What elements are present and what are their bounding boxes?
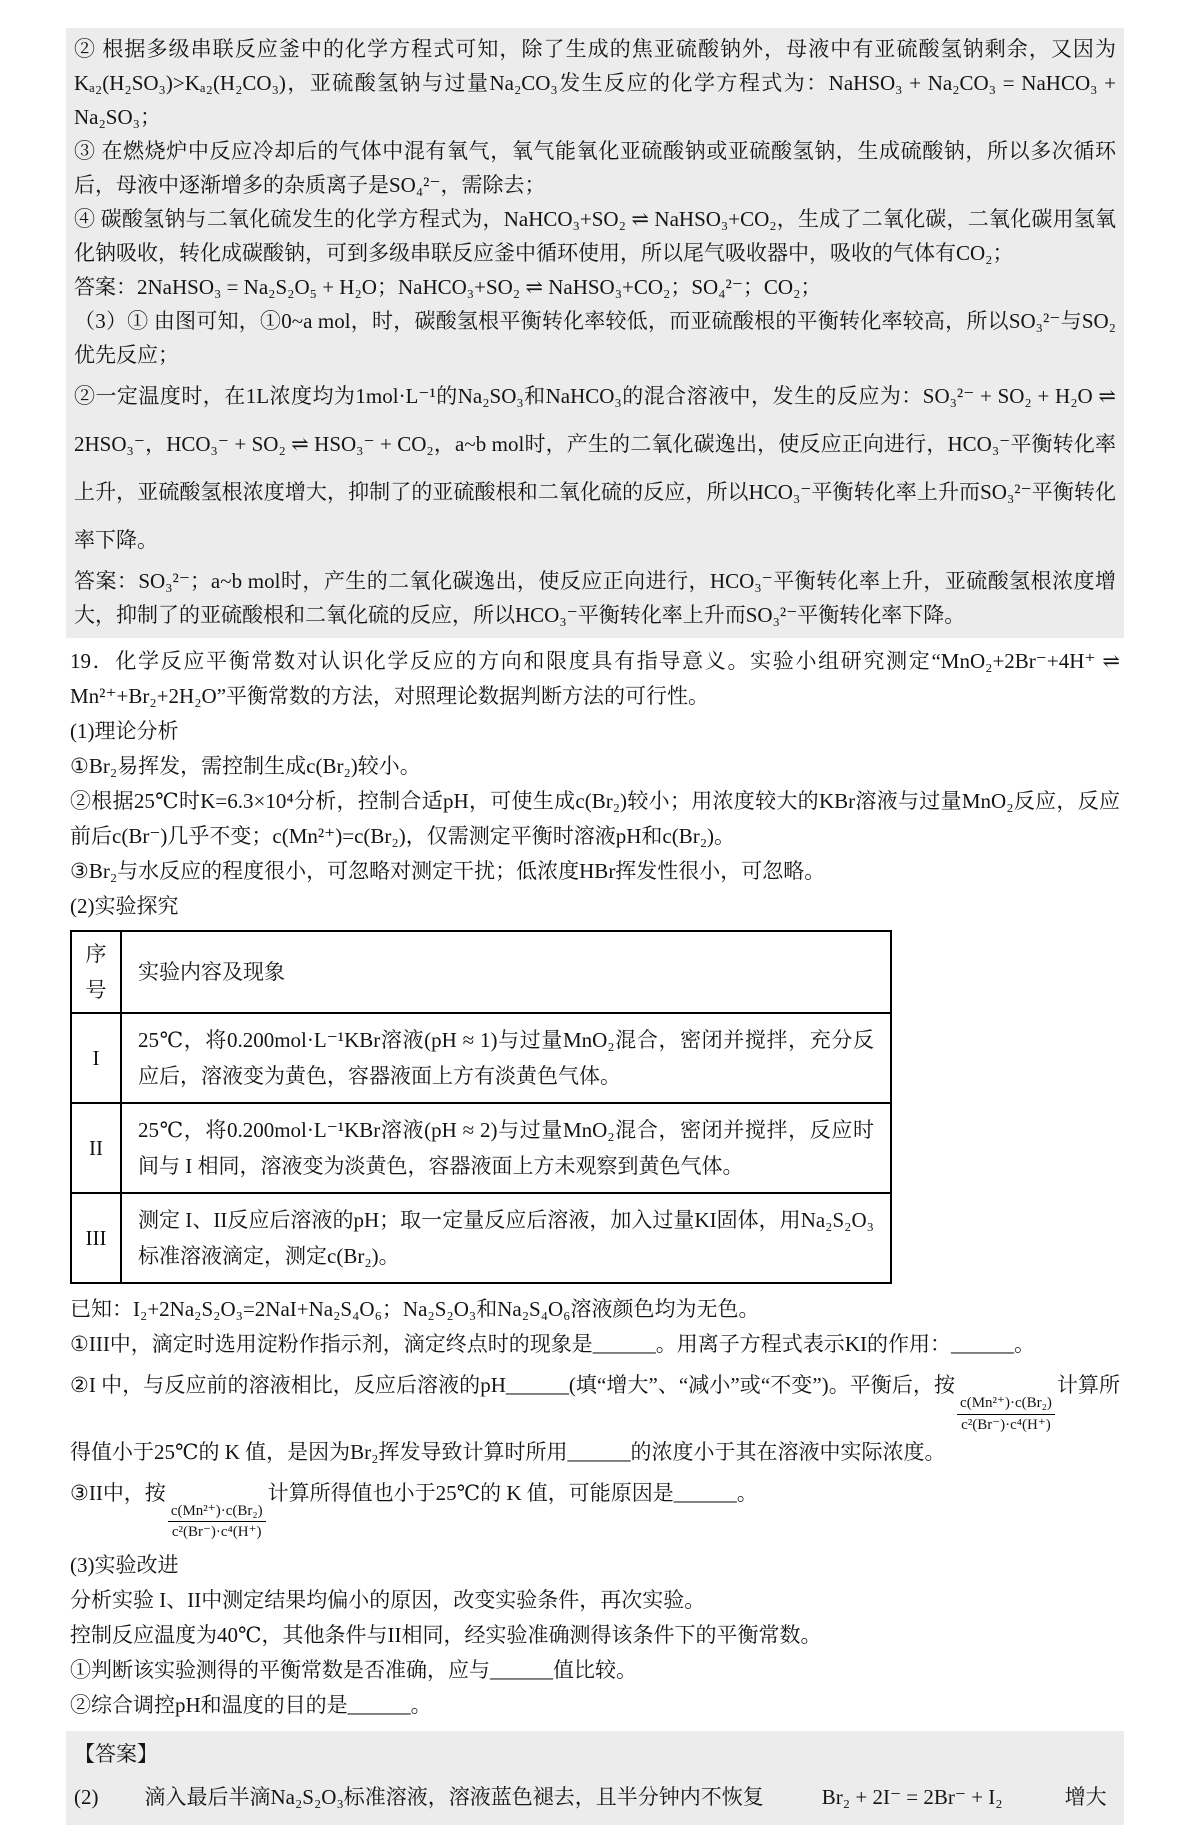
part3-title: (3)实验改进 — [70, 1548, 1120, 1583]
theory-item-1: ①Br₂易挥发，需控制生成c(Br₂)较小。 — [70, 749, 1120, 784]
row-content-2: 25℃，将0.200mol·L⁻¹KBr溶液(pH ≈ 2)与过量MnO₂混合，… — [121, 1103, 891, 1193]
answer-trend: 增大 — [1065, 1779, 1107, 1815]
improve-item-1: ①判断该实验测得的平衡常数是否准确，应与______值比较。 — [70, 1653, 1120, 1688]
theory-item-2: ②根据25℃时K=6.3×10⁴分析，控制合适pH，可使生成c(Br₂)较小；用… — [70, 784, 1120, 854]
sub-question-3-before: ③II中，按 — [70, 1481, 166, 1505]
table-row: II 25℃，将0.200mol·L⁻¹KBr溶液(pH ≈ 2)与过量MnO₂… — [71, 1103, 891, 1193]
explanation-part3-item1: （3）① 由图可知，①0~a mol，时，碳酸氢根平衡转化率较低，而亚硫酸根的平… — [74, 304, 1116, 372]
k-expression-fraction: c(Mn²⁺)·c(Br₂)c²(Br⁻)·c⁴(H⁺) — [957, 1394, 1055, 1435]
fraction-numerator: c(Mn²⁺)·c(Br₂) — [168, 1502, 266, 1523]
question-19-intro: 19．化学反应平衡常数对认识化学反应的方向和限度具有指导意义。实验小组研究测定“… — [70, 644, 1120, 714]
sub-question-3: ③II中，按c(Mn²⁺)·c(Br₂)c²(Br⁻)·c⁴(H⁺)计算所得值也… — [70, 1476, 1120, 1543]
row-label-3: III — [71, 1193, 121, 1283]
fraction-denominator: c²(Br⁻)·c⁴(H⁺) — [961, 1415, 1051, 1435]
answer-number: (2) — [74, 1779, 99, 1815]
row-content-1: 25℃，将0.200mol·L⁻¹KBr溶液(pH ≈ 1)与过量MnO₂混合，… — [121, 1013, 891, 1103]
table-row: III 测定 I、II反应后溶液的pH；取一定量反应后溶液，加入过量KI固体，用… — [71, 1193, 891, 1283]
answer-equation: Br₂ + 2I⁻ = 2Br⁻ + I₂ — [822, 1779, 1003, 1815]
answer-phenomenon: 滴入最后半滴Na₂S₂O₃标准溶液，溶液蓝色褪去，且半分钟内不恢复 — [145, 1779, 764, 1815]
explanation-part3-item2: ②一定温度时，在1L浓度均为1mol·L⁻¹的Na₂SO₃和NaHCO₃的混合溶… — [74, 372, 1116, 564]
answer-explanation-block: ② 根据多级串联反应釜中的化学方程式可知，除了生成的焦亚硫酸钠外，母液中有亚硫酸… — [66, 28, 1124, 638]
question-19-section: 19．化学反应平衡常数对认识化学反应的方向和限度具有指导意义。实验小组研究测定“… — [66, 638, 1124, 1727]
experiment-table-header-row: 序号 实验内容及现象 — [71, 931, 891, 1013]
improve-line-1: 分析实验 I、II中测定结果均偏小的原因，改变实验条件，再次实验。 — [70, 1583, 1120, 1618]
table-row: I 25℃，将0.200mol·L⁻¹KBr溶液(pH ≈ 1)与过量MnO₂混… — [71, 1013, 891, 1103]
row-content-3: 测定 I、II反应后溶液的pH；取一定量反应后溶液，加入过量KI固体，用Na₂S… — [121, 1193, 891, 1283]
experiment-table: 序号 实验内容及现象 I 25℃，将0.200mol·L⁻¹KBr溶液(pH ≈… — [70, 930, 892, 1284]
k-expression-fraction: c(Mn²⁺)·c(Br₂)c²(Br⁻)·c⁴(H⁺) — [168, 1502, 266, 1543]
part1-title: (1)理论分析 — [70, 714, 1120, 749]
known-info: 已知：I₂+2Na₂S₂O₃=2NaI+Na₂S₄O₆；Na₂S₂O₃和Na₂S… — [70, 1292, 1120, 1327]
improve-line-2: 控制反应温度为40℃，其他条件与II相同，经实验准确测得该条件下的平衡常数。 — [70, 1618, 1120, 1653]
row-label-1: I — [71, 1013, 121, 1103]
row-label-2: II — [71, 1103, 121, 1193]
part2-title: (2)实验探究 — [70, 889, 1120, 924]
sub-question-1: ①III中，滴定时选用淀粉作指示剂，滴定终点时的现象是______。用离子方程式… — [70, 1327, 1120, 1362]
explanation-paragraph-3: ③ 在燃烧炉中反应冷却后的气体中混有氧气，氧气能氧化亚硫酸钠或亚硫酸氢钠，生成硫… — [74, 134, 1116, 202]
answer-block: 【答案】 (2) 滴入最后半滴Na₂S₂O₃标准溶液，溶液蓝色褪去，且半分钟内不… — [66, 1731, 1124, 1825]
fraction-numerator: c(Mn²⁺)·c(Br₂) — [957, 1394, 1055, 1415]
answer-row: (2) 滴入最后半滴Na₂S₂O₃标准溶液，溶液蓝色褪去，且半分钟内不恢复 Br… — [74, 1779, 1116, 1815]
answer-header: 【答案】 — [74, 1737, 1116, 1771]
sub-question-3-after: 计算所得值也小于25℃的 K 值，可能原因是______。 — [268, 1481, 758, 1505]
document-page: ② 根据多级串联反应釜中的化学方程式可知，除了生成的焦亚硫酸钠外，母液中有亚硫酸… — [0, 0, 1190, 1845]
header-cell-number: 序号 — [71, 931, 121, 1013]
header-cell-content: 实验内容及现象 — [121, 931, 891, 1013]
theory-item-3: ③Br₂与水反应的程度很小，可忽略对测定干扰；低浓度HBr挥发性很小，可忽略。 — [70, 854, 1120, 889]
improve-item-2: ②综合调控pH和温度的目的是______。 — [70, 1688, 1120, 1723]
sub-question-2: ②I 中，与反应前的溶液相比，反应后溶液的pH______(填“增大”、“减小”… — [70, 1368, 1120, 1470]
fraction-denominator: c²(Br⁻)·c⁴(H⁺) — [172, 1522, 262, 1542]
explanation-answer-line: 答案：2NaHSO₃ = Na₂S₂O₅ + H₂O；NaHCO₃+SO₂ ⇌ … — [74, 270, 1116, 304]
explanation-paragraph-4: ④ 碳酸氢钠与二氧化硫发生的化学方程式为，NaHCO₃+SO₂ ⇌ NaHSO₃… — [74, 202, 1116, 270]
explanation-paragraph-2: ② 根据多级串联反应釜中的化学方程式可知，除了生成的焦亚硫酸钠外，母液中有亚硫酸… — [74, 32, 1116, 134]
explanation-part3-answer: 答案：SO₃²⁻；a~b mol时，产生的二氧化碳逸出，使反应正向进行，HCO₃… — [74, 564, 1116, 632]
sub-question-2-before: ②I 中，与反应前的溶液相比，反应后溶液的pH______(填“增大”、“减小”… — [70, 1373, 955, 1397]
